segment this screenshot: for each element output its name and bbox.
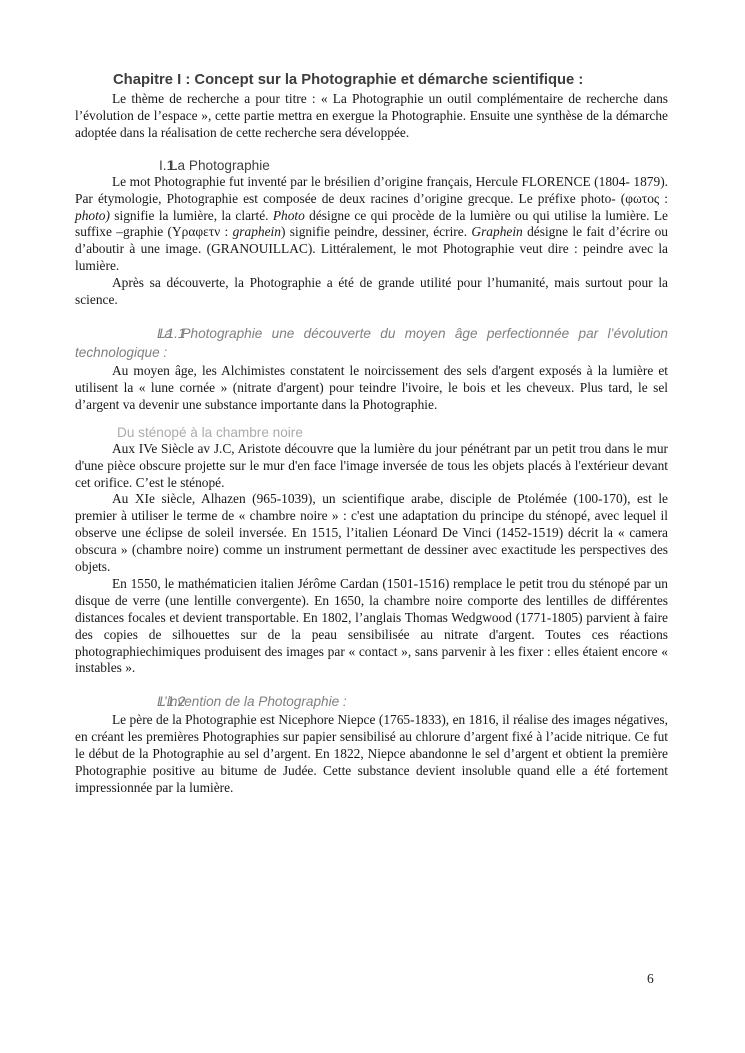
heading-1-1: I.1.La Photographie <box>75 157 668 174</box>
heading-1-1-1-label: La Photographie une découverte du moyen … <box>75 326 668 361</box>
heading-1-1-1: I.1.1La Photographie une découverte du m… <box>75 324 668 363</box>
paragraph-cardan: En 1550, le mathématicien italien Jérôme… <box>75 576 668 677</box>
page-number: 6 <box>647 971 654 987</box>
paragraph-middle-age: Au moyen âge, les Alchimistes constatent… <box>75 363 668 414</box>
paragraph-intro: Le thème de recherche a pour titre : « L… <box>75 91 668 142</box>
paragraph-discovery: Après sa découverte, la Photographie a é… <box>75 275 668 309</box>
heading-1-1-number: I.1. <box>117 157 170 174</box>
paragraph-niepce: Le père de la Photographie est Nicephore… <box>75 712 668 797</box>
heading-1-1-2-number: I.1.2 <box>117 692 157 712</box>
heading-stenope: Du sténopé à la chambre noire <box>75 424 668 441</box>
heading-1-1-2: I.1.2L’invention de la Photographie : <box>75 692 668 712</box>
paragraph-aristote: Aux IVe Siècle av J.C, Aristote découvre… <box>75 441 668 492</box>
paragraph-etymology: Le mot Photographie fut inventé par le b… <box>75 174 668 275</box>
heading-1-1-label: La Photographie <box>170 158 270 173</box>
paragraph-alhazen: Au XIe siècle, Alhazen (965-1039), un sc… <box>75 491 668 576</box>
heading-1-1-2-label: L’invention de la Photographie : <box>157 694 347 709</box>
chapter-title: Chapitre I : Concept sur la Photographie… <box>113 70 668 91</box>
heading-1-1-1-number: I.1.1 <box>117 324 157 344</box>
document-page: Chapitre I : Concept sur la Photographie… <box>0 0 745 1053</box>
